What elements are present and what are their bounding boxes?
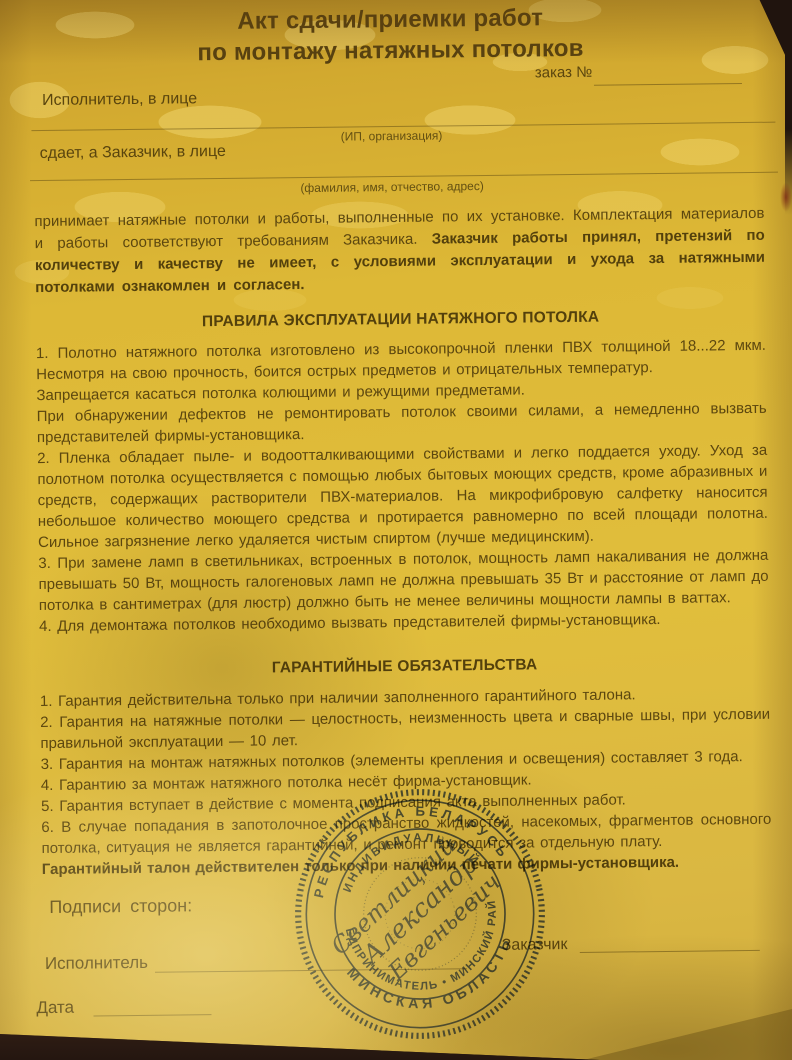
- stamp-graphic: РЕСПУБЛИКА БЕЛАРУСЬ МИНСКАЯ ОБЛАСТЬ ИНДИ…: [268, 762, 572, 1060]
- intro-paragraph: принимает натяжные потолки и работы, вып…: [34, 203, 765, 299]
- executor-label: Исполнитель, в лице: [42, 90, 197, 110]
- customer-label: сдает, а Заказчик, в лице: [40, 143, 226, 163]
- round-seal-stamp: РЕСПУБЛИКА БЕЛАРУСЬ МИНСКАЯ ОБЛАСТЬ ИНДИ…: [268, 762, 572, 1060]
- signature-customer-blank: [580, 950, 760, 953]
- signatures-heading: Подписи сторон:: [49, 895, 192, 918]
- background-red-spot: [780, 182, 792, 212]
- signature-executor-label: Исполнитель: [45, 953, 148, 974]
- order-number-blank: [594, 83, 742, 86]
- document-title: Акт сдачи/приемки работ по монтажу натяж…: [0, 0, 787, 71]
- rules-item-3: 3. При замене ламп в светильниках, встро…: [38, 545, 769, 616]
- signature-date-label: Дата: [36, 998, 74, 1018]
- warranty-heading: ГАРАНТИЙНЫЕ ОБЯЗАТЕЛЬСТВА: [39, 652, 769, 681]
- rules-heading: ПРАВИЛА ЭКСПЛУАТАЦИИ НАТЯЖНОГО ПОТОЛКА: [36, 305, 766, 334]
- document-body: принимает натяжные потолки и работы, вып…: [34, 203, 772, 880]
- signature-date-blank: [93, 1014, 211, 1016]
- photographed-document: Акт сдачи/приемки работ по монтажу натяж…: [0, 0, 792, 1060]
- order-number-label: заказ №: [535, 64, 593, 82]
- rules-item-2: 2. Пленка обладает пыле- и водоотталкива…: [37, 440, 768, 553]
